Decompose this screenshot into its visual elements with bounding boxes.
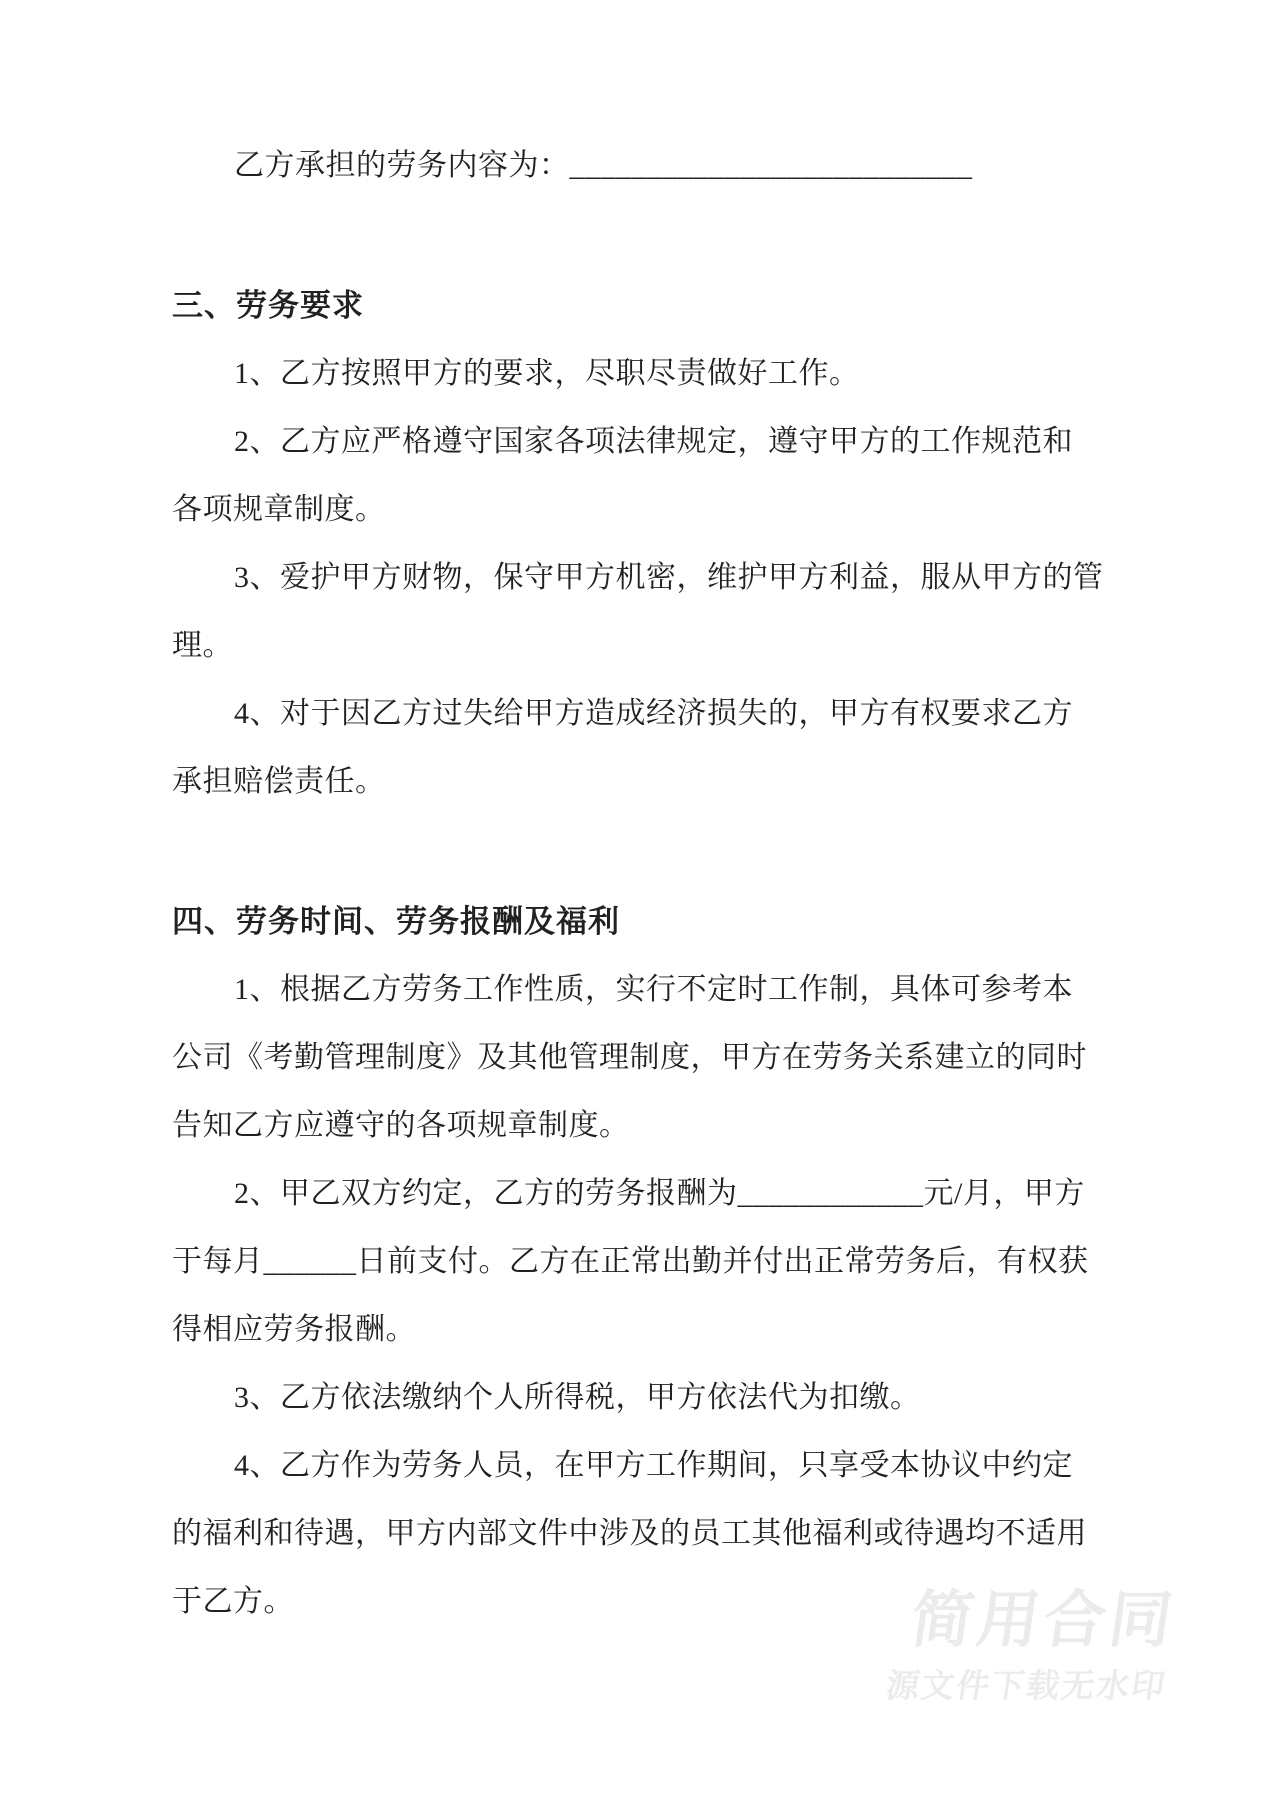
section-3-item-3: 3、爱护甲方财物，保守甲方机密，维护甲方利益，服从甲方的管 理。 (172, 544, 1100, 680)
section-4-heading: 四、劳务时间、劳务报酬及福利 (172, 888, 1100, 956)
section-3-item-4: 4、对于因乙方过失给甲方造成经济损失的，甲方有权要求乙方 承担赔偿责任。 (172, 680, 1100, 816)
watermark-subtitle: 源文件下载无水印 (884, 1668, 1169, 1704)
watermark: 简用合同 源文件下载无水印 (884, 1588, 1180, 1704)
section-3-item-1: 1、乙方按照甲方的要求，尽职尽责做好工作。 (172, 340, 1100, 408)
section-4-item-1: 1、根据乙方劳务工作性质，实行不定时工作制，具体可参考本 公司《考勤管理制度》及… (172, 956, 1100, 1160)
section-3-heading: 三、劳务要求 (172, 272, 1100, 340)
section-4-item-2-salary-blank: 2、甲乙双方约定，乙方的劳务报酬为____________元/月，甲方 于每月_… (172, 1160, 1100, 1364)
section-4-item-3: 3、乙方依法缴纳个人所得税，甲方依法代为扣缴。 (172, 1364, 1100, 1432)
contract-document-page: 乙方承担的劳务内容为：__________________________ 三、… (0, 0, 1280, 1810)
watermark-title: 简用合同 (891, 1588, 1180, 1654)
labor-content-blank-line: 乙方承担的劳务内容为：__________________________ (172, 132, 1100, 200)
section-3-item-2: 2、乙方应严格遵守国家各项法律规定，遵守甲方的工作规范和 各项规章制度。 (172, 408, 1100, 544)
